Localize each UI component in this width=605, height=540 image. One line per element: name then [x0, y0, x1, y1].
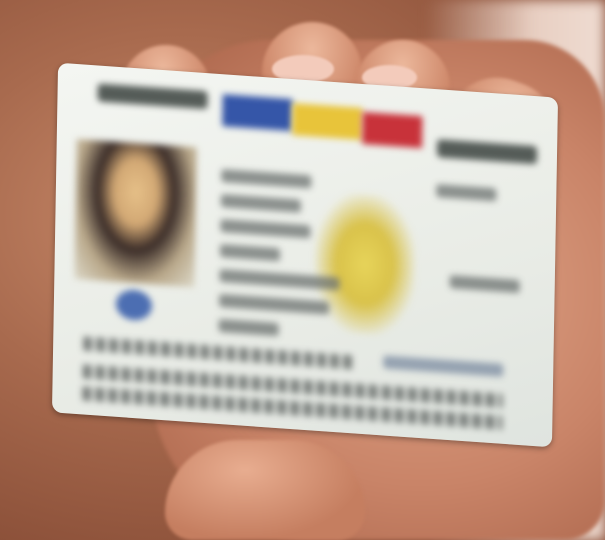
flag-stripe-yellow	[292, 103, 363, 140]
coat-of-arms-emblem	[314, 191, 416, 338]
blurred-text	[450, 275, 520, 293]
blurred-text	[219, 319, 279, 336]
blurred-text	[220, 219, 310, 238]
flag-stripe-red	[362, 112, 423, 148]
id-card	[52, 63, 558, 448]
blurred-text	[221, 169, 311, 188]
blurred-text	[97, 83, 207, 109]
blurred-mrz-line	[83, 337, 353, 370]
flag-stripe-blue	[222, 94, 293, 131]
blurred-text	[221, 194, 301, 213]
blurred-text	[437, 139, 537, 164]
blurred-text	[219, 294, 329, 315]
blurred-text	[436, 184, 496, 201]
seal-icon	[116, 289, 153, 321]
blurred-text	[220, 244, 280, 261]
blurred-photo	[74, 139, 196, 287]
thumb	[165, 440, 365, 540]
blurred-text	[383, 355, 503, 376]
